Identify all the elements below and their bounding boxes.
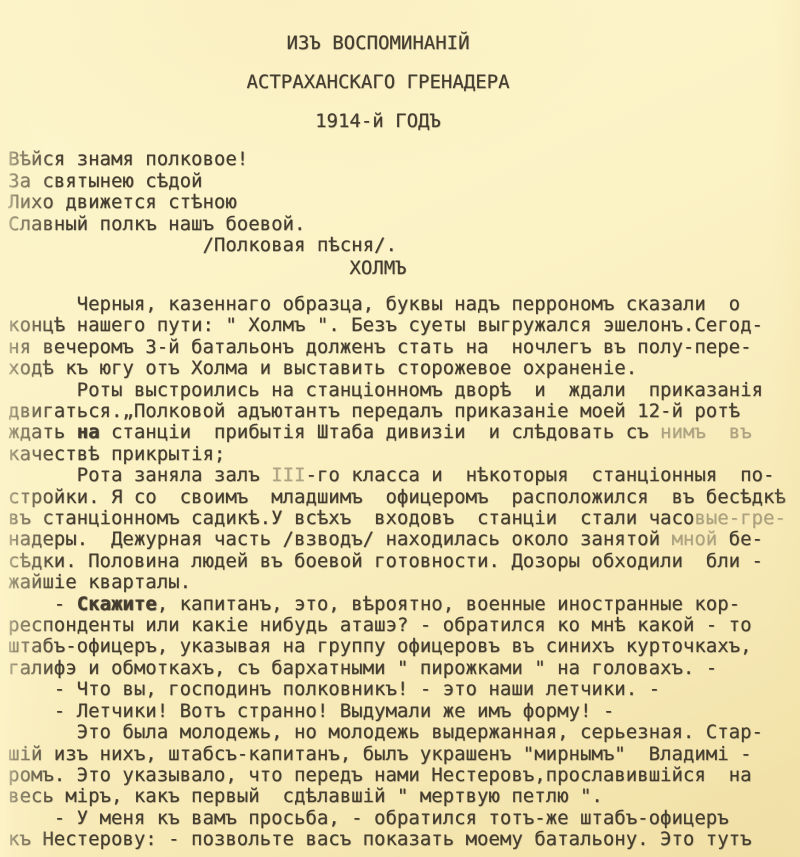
text-line: ня вечеромъ 3-й батальонъ долженъ стать … xyxy=(8,337,800,358)
paragraph: - Скажите, капитанъ, это, вѣроятно, воен… xyxy=(8,594,800,680)
text-line: Лихо движется стѣною xyxy=(8,192,800,214)
epigraph: Вѣйся знамя полковое!За святынею сѣдойЛи… xyxy=(8,149,800,257)
text-line: концѣ нашего пути: " Холмъ ". Безъ суеты… xyxy=(8,315,800,336)
paragraph: - У меня къ вамъ просьба, - обратился то… xyxy=(8,808,800,851)
body-text: Черныя, казеннаго образца, буквы надъ пе… xyxy=(8,294,800,851)
text-line: ждать на станціи прибытія Штаба дивизіи … xyxy=(8,422,800,443)
document-page: ИЗЪ ВОСПОМИНАНІЙАСТРАХАНСКАГО ГРЕНАДЕРА1… xyxy=(0,0,800,857)
text-line: качествѣ прикрытія; xyxy=(8,444,800,465)
text-line: сѣдки. Половина людей въ боевой готовнос… xyxy=(8,551,800,572)
paragraph: Роты выстроились на станціонномъ дворѣ и… xyxy=(8,380,800,466)
text-line: Славный полкъ нашъ боевой. xyxy=(8,214,800,236)
text-line: надеры. Дежурная часть /взводъ/ находила… xyxy=(8,529,800,550)
text-line: За святынею сѣдой xyxy=(8,171,800,193)
paragraph: - Что вы, господинъ полковникъ! - это на… xyxy=(8,679,800,722)
text-line: - Летчики! Вотъ странно! Выдумали же имъ… xyxy=(8,701,800,722)
text-line: 1914-й ГОДЪ xyxy=(8,102,748,141)
text-line: Это была молодежь, но молодежь выдержанн… xyxy=(8,722,800,743)
text-line: стройки. Я со своимъ младшимъ офицеромъ … xyxy=(8,487,800,508)
text-line: ИЗЪ ВОСПОМИНАНІЙ xyxy=(8,24,748,63)
text-line: ромъ. Это указывало, что передъ нами Нес… xyxy=(8,765,800,786)
text-line: Вѣйся знамя полковое! xyxy=(8,149,800,171)
text-line: - Скажите, капитанъ, это, вѣроятно, воен… xyxy=(8,594,800,615)
text-line: двигаться.„Полковой адъютантъ передалъ п… xyxy=(8,401,800,422)
text-line: въ станціонномъ садикѣ.У всѣхъ входовъ с… xyxy=(8,508,800,529)
paragraph: Черныя, казеннаго образца, буквы надъ пе… xyxy=(8,294,800,380)
text-line: Рота заняла залъ ІІІ-го класса и нѣкотор… xyxy=(8,465,800,486)
text-line: ходѣ къ югу отъ Холма и выставить сторож… xyxy=(8,358,800,379)
text-line: штабъ-офицеръ, указывая на группу офицер… xyxy=(8,636,800,657)
text-line: /Полковая пѣсня/. xyxy=(8,235,800,257)
text-line: весь міръ, какъ первый сдѣлавшій " мертв… xyxy=(8,786,800,807)
paragraph: Рота заняла залъ ІІІ-го класса и нѣкотор… xyxy=(8,465,800,593)
text-line: галифэ и обмоткахъ, съ бархатными " пиро… xyxy=(8,658,800,679)
paragraph: Это была молодежь, но молодежь выдержанн… xyxy=(8,722,800,808)
section-heading: ХОЛМЪ xyxy=(8,257,748,279)
text-line: респонденты или какіе нибудь аташэ? - об… xyxy=(8,615,800,636)
text-line: Роты выстроились на станціонномъ дворѣ и… xyxy=(8,380,800,401)
text-line: шій изъ нихъ, штабсъ-капитанъ, былъ укра… xyxy=(8,744,800,765)
text-line: Черныя, казеннаго образца, буквы надъ пе… xyxy=(8,294,800,315)
text-line: къ Нестерову: - позвольте васъ показать … xyxy=(8,829,800,850)
text-line: АСТРАХАНСКАГО ГРЕНАДЕРА xyxy=(8,63,748,102)
document-title: ИЗЪ ВОСПОМИНАНІЙАСТРАХАНСКАГО ГРЕНАДЕРА1… xyxy=(8,24,748,141)
text-line: - У меня къ вамъ просьба, - обратился то… xyxy=(8,808,800,829)
text-line: жайшіе кварталы. xyxy=(8,572,800,593)
text-line: - Что вы, господинъ полковникъ! - это на… xyxy=(8,679,800,700)
